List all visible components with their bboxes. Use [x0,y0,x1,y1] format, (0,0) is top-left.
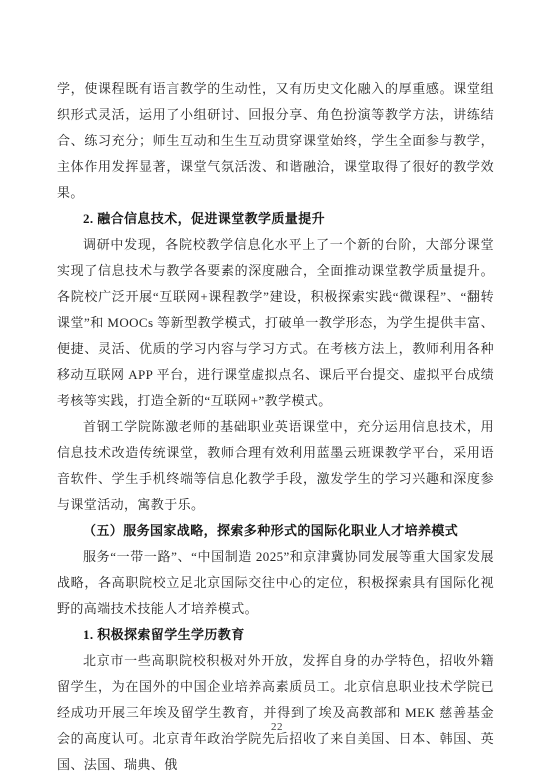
section-heading-1-intl-students: 1. 积极探索留学生学历教育 [57,622,494,648]
paragraph-research-findings: 调研中发现，各院校教学信息化水平上了一个新的台阶，大部分课堂实现了信息技术与教学… [57,232,494,414]
section-heading-5-national-strategy: （五）服务国家战略，探索多种形式的国际化职业人才培养模式 [57,518,494,544]
section-heading-2-info-tech: 2. 融合信息技术，促进课堂教学质量提升 [57,206,494,232]
paragraph-continuation: 学，使课程既有语言教学的生动性，又有历史文化融入的厚重感。课堂组织形式灵活，运用… [57,76,494,206]
document-page: 学，使课程既有语言教学的生动性，又有历史文化融入的厚重感。课堂组织形式灵活，运用… [0,0,554,784]
page-number: 22 [0,719,554,735]
paragraph-belt-and-road: 服务“一带一路”、“中国制造 2025”和京津冀协同发展等重大国家发展战略，各高… [57,544,494,622]
page-body: 学，使课程既有语言教学的生动性，又有历史文化融入的厚重感。课堂组织形式灵活，运用… [57,76,494,778]
paragraph-shougang-example: 首钢工学院陈激老师的基础职业英语课堂中，充分运用信息技术，用信息技术改造传统课堂… [57,414,494,518]
paragraph-intl-students: 北京市一些高职院校积极对外开放，发挥自身的办学特色，招收外籍留学生，为在国外的中… [57,648,494,778]
